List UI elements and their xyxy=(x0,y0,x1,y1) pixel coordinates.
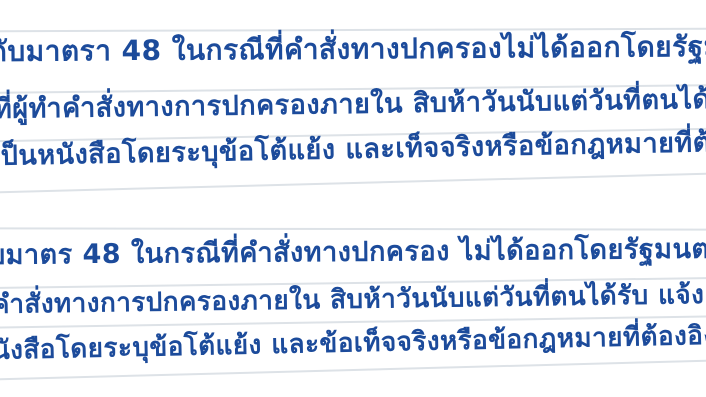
ruled-line xyxy=(0,172,706,194)
handwritten-line-paragraph1-line1: กับมาตรา 48 ในกรณีที่คำสั่งทางปกครองไม่ไ… xyxy=(0,28,706,68)
handwritten-line-paragraph2-line1: บมาตร 48 ในกรณีที่คำสั่งทางปกครอง ไม่ได้… xyxy=(0,230,706,271)
handwritten-line-paragraph1-line3: เป็นหนังสือโดยระบุข้อโต้แย้ง และเท็จจริง… xyxy=(0,123,706,172)
ruled-line xyxy=(0,227,706,230)
notebook-page: กับมาตรา 48 ในกรณีที่คำสั่งทางปกครองไม่ไ… xyxy=(0,0,706,397)
